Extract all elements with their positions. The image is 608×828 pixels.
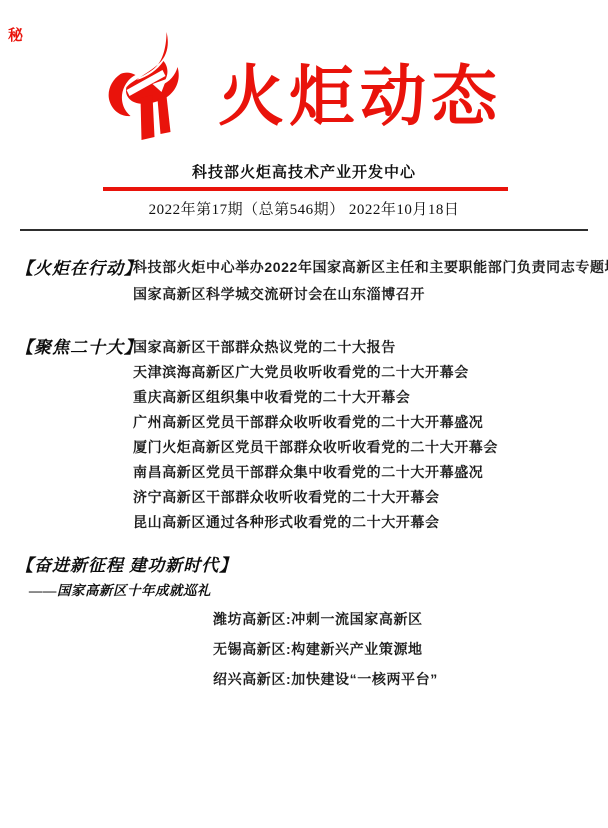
section-label-new-journey-new-era: 【奋进新征程 建功新时代】: [16, 551, 237, 576]
newsletter-cover-page: 秘 火炬动态 科技部火炬高技术产业开发中心 2022年第17期（总第546期） …: [0, 0, 608, 828]
toc-item: 昆山高新区通过各种形式收看党的二十大开幕会: [133, 512, 440, 532]
toc-item: 重庆高新区组织集中收看党的二十大开幕会: [133, 387, 410, 407]
section-subtitle: ——国家高新区十年成就巡礼: [29, 579, 211, 599]
torch-flame-icon: [106, 32, 180, 142]
section-label-focus-20th-congress: 【聚焦二十大】: [16, 333, 142, 358]
toc-item: 国家高新区干部群众热议党的二十大报告: [133, 337, 396, 357]
toc-item: 济宁高新区干部群众收听收看党的二十大开幕会: [133, 487, 440, 507]
toc-item: 绍兴高新区:加快建设“一核两平台”: [213, 669, 438, 689]
red-divider-rule: [103, 187, 508, 191]
classification-mark: 秘: [8, 28, 23, 45]
toc-item: 国家高新区科学城交流研讨会在山东淄博召开: [133, 284, 425, 304]
toc-item: 厦门火炬高新区党员干部群众收听收看党的二十大开幕会: [133, 437, 498, 457]
section-label-torch-in-action: 【火炬在行动】: [16, 254, 142, 279]
toc-item: 无锡高新区:构建新兴产业策源地: [213, 639, 423, 659]
issue-date-line: 2022年第17期（总第546期） 2022年10月18日: [0, 198, 608, 219]
toc-item: 广州高新区党员干部群众收听收看党的二十大开幕盛况: [133, 412, 483, 432]
organization-name: 科技部火炬高技术产业开发中心: [0, 161, 608, 182]
masthead-title: 火炬动态: [218, 62, 502, 131]
toc-item: 南昌高新区党员干部群众集中收看党的二十大开幕盛况: [133, 462, 483, 482]
toc-item: 潍坊高新区:冲刺一流国家高新区: [213, 609, 423, 629]
toc-item: 天津滨海高新区广大党员收听收看党的二十大开幕会: [133, 362, 469, 382]
toc-item: 科技部火炬中心举办2022年国家高新区主任和主要职能部门负责同志专题培训班: [133, 257, 608, 277]
header-divider-rule: [20, 229, 588, 231]
